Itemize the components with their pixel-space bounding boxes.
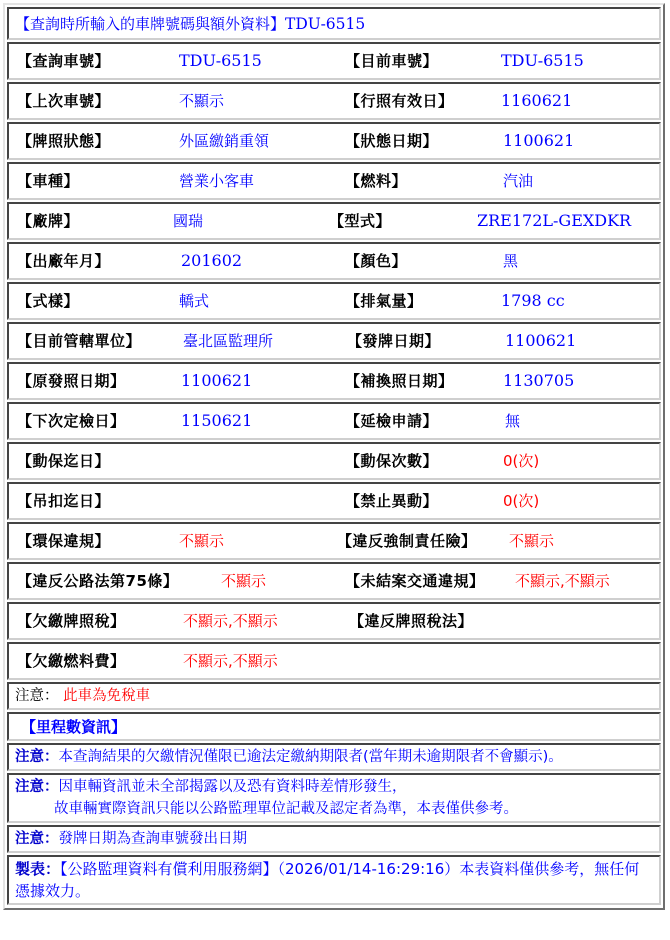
value-reissue-date: 1130705 xyxy=(503,364,574,398)
value-brand: 國瑞 xyxy=(173,204,203,238)
label-plate-issue-date: 【發牌日期】 xyxy=(347,324,440,358)
value-query-plate: TDU-6515 xyxy=(179,44,262,78)
note-label: 注意： xyxy=(15,749,59,765)
value-status-date: 1100621 xyxy=(503,124,574,158)
row-original-license-date: 【原發照日期】 1100621 【補換照日期】 1130705 xyxy=(7,362,661,400)
value-compulsory-insurance-violation: 不顯示 xyxy=(509,524,554,558)
value-license-tax-due: 不顯示,不顯示 xyxy=(183,604,278,638)
report-text: 【公路監理資料有償利用服務網】（2026/01/14-16:29:16）本表資料… xyxy=(15,860,639,900)
value-color: 黑 xyxy=(503,244,518,278)
label-next-inspection: 【下次定檢日】 xyxy=(17,404,126,438)
value-previous-plate: 不顯示 xyxy=(179,84,224,118)
note-text: 發牌日期為查詢車號發出日期 xyxy=(59,831,248,847)
value-environmental-violation: 不顯示 xyxy=(179,524,224,558)
row-fuel-fee-due: 【欠繳燃料費】 不顯示,不顯示 xyxy=(7,642,661,680)
value-inspection-extension: 無 xyxy=(505,404,520,438)
row-body-style: 【式樣】 轎式 【排氣量】 1798 cc xyxy=(7,282,661,320)
note-label: 注意： xyxy=(15,831,59,847)
label-color: 【顏色】 xyxy=(345,244,407,278)
row-manufacture-date: 【出廠年月】 201602 【顏色】 黑 xyxy=(7,242,661,280)
note-label: 注意： xyxy=(15,779,59,795)
value-highway-act-violation: 不顯示 xyxy=(221,564,266,598)
row-vehicle-type: 【車種】 營業小客車 【燃料】 汽油 xyxy=(7,162,661,200)
tax-exempt-note: 注意： 此車為免稅車 xyxy=(7,682,661,710)
label-original-license-date: 【原發照日期】 xyxy=(17,364,126,398)
label-fuel: 【燃料】 xyxy=(345,164,407,198)
label-highway-act-violation: 【違反公路法第75條】 xyxy=(17,564,178,598)
value-current-plate: TDU-6515 xyxy=(501,44,584,78)
value-fuel-fee-due: 不顯示,不顯示 xyxy=(183,644,278,678)
row-highway-act-violation: 【違反公路法第75條】 不顯示 【未結案交通違規】 不顯示,不顯示 xyxy=(7,562,661,600)
label-pending-traffic-violation: 【未結案交通違規】 xyxy=(345,564,485,598)
header-plate: TDU-6515 xyxy=(285,15,365,33)
row-next-inspection: 【下次定檢日】 1150621 【延檢申請】 無 xyxy=(7,402,661,440)
row-license-tax-due: 【欠繳牌照稅】 不顯示,不顯示 【違反牌照稅法】 xyxy=(7,602,661,640)
note-disclaimer: 注意：因車輛資訊並未全部揭露以及恐有資料時差情形發生， 故車輛實際資訊只能以公路… xyxy=(7,773,661,823)
value-plate-issue-date: 1100621 xyxy=(505,324,576,358)
value-pending-traffic-violation: 不顯示,不顯示 xyxy=(515,564,610,598)
label-plate-status: 【牌照狀態】 xyxy=(17,124,110,158)
label-model: 【型式】 xyxy=(329,204,391,238)
header-title: 【查詢時所輸入的車牌號碼與額外資料】 xyxy=(15,15,285,33)
row-suspension-date: 【吊扣迄日】 【禁止異動】 0(次) xyxy=(7,482,661,520)
note-text: 本查詢結果的欠繳情況僅限已逾法定繳納期限者(當年期未逾期限者不會顯示)。 xyxy=(59,749,563,765)
label-status-date: 【狀態日期】 xyxy=(345,124,438,158)
value-plate-status: 外區繳銷重領 xyxy=(179,124,269,158)
note-text-line1: 因車輛資訊並未全部揭露以及恐有資料時差情形發生， xyxy=(59,779,407,795)
report-footer: 製表：【公路監理資料有償利用服務網】（2026/01/14-16:29:16）本… xyxy=(7,855,661,905)
label-transfer-ban: 【禁止異動】 xyxy=(345,484,438,518)
note-issue-date: 注意：發牌日期為查詢車號發出日期 xyxy=(7,825,661,853)
label-license-tax-violation: 【違反牌照稅法】 xyxy=(349,604,473,638)
label-reissue-date: 【補換照日期】 xyxy=(345,364,454,398)
query-header: 【查詢時所輸入的車牌號碼與額外資料】TDU-6515 xyxy=(7,7,661,40)
label-environmental-violation: 【環保違規】 xyxy=(17,524,110,558)
label-lien-date: 【動保迄日】 xyxy=(17,444,110,478)
label-license-tax-due: 【欠繳牌照稅】 xyxy=(17,604,126,638)
label-compulsory-insurance-violation: 【違反強制責任險】 xyxy=(337,524,477,558)
value-vehicle-type: 營業小客車 xyxy=(179,164,254,198)
row-lien-date: 【動保迄日】 【動保次數】 0(次) xyxy=(7,442,661,480)
mileage-label: 【里程數資訊】 xyxy=(21,718,126,736)
value-transfer-ban: 0(次) xyxy=(503,484,539,518)
value-model: ZRE172L-GEXDKR xyxy=(477,204,631,238)
value-original-license-date: 1100621 xyxy=(181,364,252,398)
label-body-style: 【式樣】 xyxy=(17,284,79,318)
value-fuel: 汽油 xyxy=(503,164,533,198)
label-manufacture-date: 【出廠年月】 xyxy=(17,244,110,278)
row-previous-plate: 【上次車號】 不顯示 【行照有效日】 1160621 xyxy=(7,82,661,120)
note-text-line2: 故車輛實際資訊只能以公路監理單位記載及認定者為準，本表僅供參考。 xyxy=(15,798,653,820)
row-jurisdiction: 【目前管轄單位】 臺北區監理所 【發牌日期】 1100621 xyxy=(7,322,661,360)
label-query-plate: 【查詢車號】 xyxy=(17,44,110,78)
value-license-valid-date: 1160621 xyxy=(501,84,572,118)
label-brand: 【廠牌】 xyxy=(17,204,79,238)
note-overdue-scope: 注意：本查詢結果的欠繳情況僅限已逾法定繳納期限者(當年期未逾期限者不會顯示)。 xyxy=(7,743,661,771)
row-plate-status: 【牌照狀態】 外區繳銷重領 【狀態日期】 1100621 xyxy=(7,122,661,160)
label-fuel-fee-due: 【欠繳燃料費】 xyxy=(17,644,126,678)
tax-note-label: 注意： xyxy=(15,688,59,704)
row-environmental-violation: 【環保違規】 不顯示 【違反強制責任險】 不顯示 xyxy=(7,522,661,560)
report-label: 製表： xyxy=(15,860,60,878)
mileage-section-header: 【里程數資訊】 xyxy=(7,712,661,741)
value-displacement: 1798 cc xyxy=(501,284,565,318)
label-suspension-date: 【吊扣迄日】 xyxy=(17,484,110,518)
value-next-inspection: 1150621 xyxy=(181,404,252,438)
value-manufacture-date: 201602 xyxy=(181,244,242,278)
row-brand: 【廠牌】 國瑞 【型式】 ZRE172L-GEXDKR xyxy=(7,202,661,240)
value-jurisdiction: 臺北區監理所 xyxy=(183,324,273,358)
label-lien-count: 【動保次數】 xyxy=(345,444,438,478)
label-previous-plate: 【上次車號】 xyxy=(17,84,110,118)
tax-note-text: 此車為免稅車 xyxy=(63,688,150,704)
vehicle-info-table: 【查詢時所輸入的車牌號碼與額外資料】TDU-6515 【查詢車號】 TDU-65… xyxy=(3,3,665,910)
label-inspection-extension: 【延檢申請】 xyxy=(345,404,438,438)
value-lien-count: 0(次) xyxy=(503,444,539,478)
label-jurisdiction: 【目前管轄單位】 xyxy=(17,324,141,358)
value-body-style: 轎式 xyxy=(179,284,209,318)
label-current-plate: 【目前車號】 xyxy=(345,44,438,78)
row-plate: 【查詢車號】 TDU-6515 【目前車號】 TDU-6515 xyxy=(7,42,661,80)
label-vehicle-type: 【車種】 xyxy=(17,164,79,198)
label-displacement: 【排氣量】 xyxy=(345,284,423,318)
label-license-valid-date: 【行照有效日】 xyxy=(345,84,454,118)
